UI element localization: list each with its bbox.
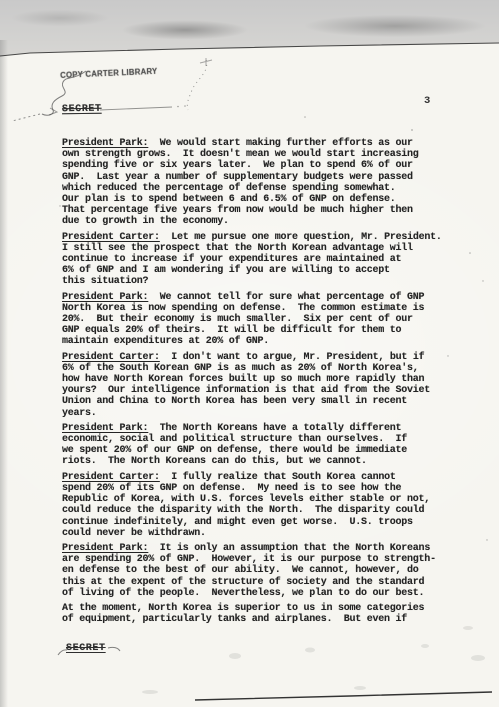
paragraph: President Carter: I don't want to argue,… bbox=[62, 352, 482, 419]
paragraph: President Park: It is only an assumption… bbox=[62, 543, 482, 599]
paper-bottom-edge-line bbox=[195, 692, 492, 700]
ink-dot bbox=[184, 105, 186, 107]
secret-strike-tail bbox=[100, 107, 172, 110]
squiggle-tail bbox=[12, 114, 40, 121]
speaker-name: President Park: bbox=[62, 543, 148, 554]
speaker-name: President Carter: bbox=[62, 232, 160, 243]
dotted-curl-mark bbox=[187, 60, 206, 110]
speaker-name: President Park: bbox=[62, 138, 148, 149]
scan-left-shadow bbox=[0, 40, 8, 707]
page-number: 3 bbox=[424, 95, 430, 107]
scanned-document-page: COPY CARTER LIBRARY SECRET 3 President P… bbox=[0, 0, 499, 707]
smudge-group bbox=[142, 626, 485, 694]
transcript-body: President Park: We would start making fu… bbox=[62, 138, 482, 629]
paragraph: At the moment, North Korea is superior t… bbox=[62, 603, 482, 625]
ink-dot bbox=[177, 106, 179, 108]
speaker-name: President Carter: bbox=[62, 472, 160, 483]
paragraph: President Park: We would start making fu… bbox=[62, 138, 482, 228]
speaker-name: President Park: bbox=[62, 423, 148, 434]
paragraph: President Carter: I fully realize that S… bbox=[62, 472, 482, 539]
speaker-name: President Park: bbox=[62, 292, 148, 303]
classification-marking-top: SECRET bbox=[62, 104, 102, 116]
classification-marking-bottom: SECRET bbox=[66, 643, 106, 654]
tick-mark bbox=[200, 58, 212, 66]
scanner-edge-band bbox=[0, 0, 499, 60]
paragraph: President Park: We cannot tell for sure … bbox=[62, 292, 482, 348]
carter-library-stamp: COPY CARTER LIBRARY bbox=[60, 67, 158, 80]
paragraph: President Park: The North Koreans have a… bbox=[62, 423, 482, 468]
squiggle-arrow bbox=[49, 108, 57, 115]
speaker-name: President Carter: bbox=[62, 352, 160, 363]
paragraph: President Carter: Let me pursue one more… bbox=[62, 232, 482, 288]
